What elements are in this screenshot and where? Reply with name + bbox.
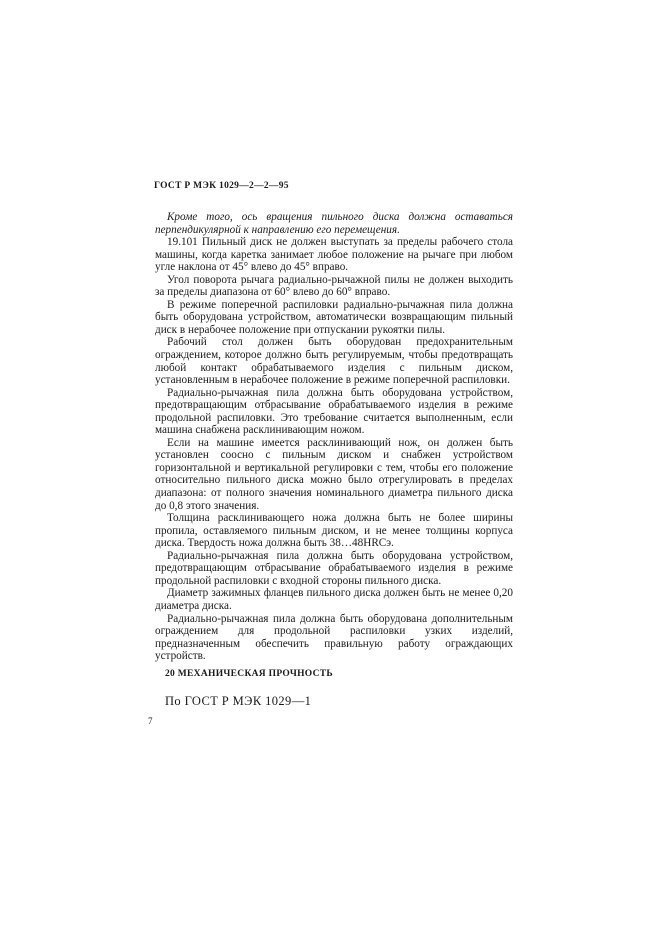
paragraph: Угол поворота рычага радиально-рычажной … bbox=[155, 274, 513, 299]
paragraph: 19.101 Пильный диск не должен выступать … bbox=[155, 236, 513, 274]
paragraph: В режиме поперечной распиловки радиально… bbox=[155, 299, 513, 337]
paragraph: Радиально-рычажная пила должна быть обор… bbox=[155, 550, 513, 588]
paragraph: Если на машине имеется расклинивающий но… bbox=[155, 437, 513, 512]
scan-speck bbox=[238, 641, 239, 643]
document-page: ГОСТ Р МЭК 1029—2—2—95 Кроме того, ось в… bbox=[0, 0, 661, 935]
paragraph: Толщина расклинивающего ножа должна быть… bbox=[155, 512, 513, 550]
paragraph: Рабочий стол должен быть оборудован пред… bbox=[155, 336, 513, 386]
paragraph: Радиально-рычажная пила должна быть обор… bbox=[155, 387, 513, 437]
page-number: 7 bbox=[148, 716, 153, 726]
paragraph: Радиально-рычажная пила должна быть обор… bbox=[155, 613, 513, 663]
section-reference: По ГОСТ Р МЭК 1029—1 bbox=[165, 694, 311, 709]
section-title: 20 МЕХАНИЧЕСКАЯ ПРОЧНОСТЬ bbox=[165, 669, 333, 679]
running-header: ГОСТ Р МЭК 1029—2—2—95 bbox=[154, 181, 289, 191]
paragraph: Кроме того, ось вращения пильного диска … bbox=[155, 211, 513, 236]
document-body: Кроме того, ось вращения пильного диска … bbox=[155, 211, 513, 663]
paragraph: Диаметр зажимных фланцев пильного диска … bbox=[155, 587, 513, 612]
